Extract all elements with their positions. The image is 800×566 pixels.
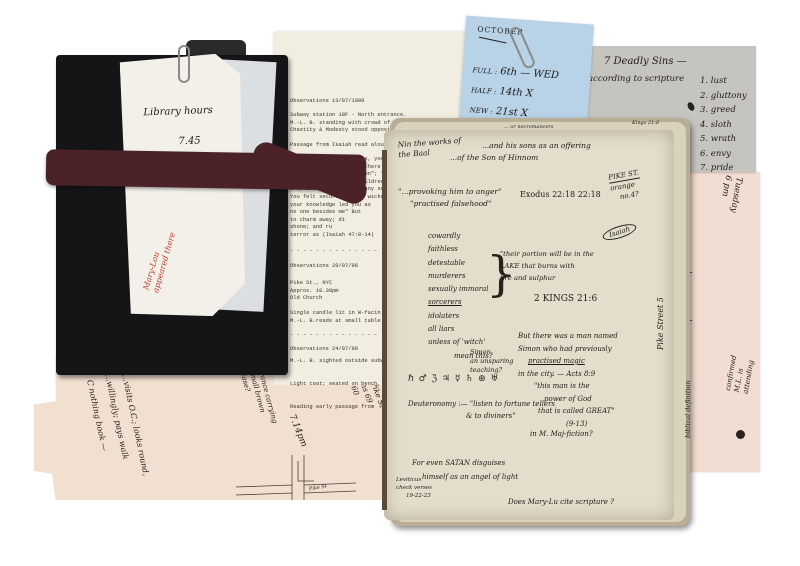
ink-blot bbox=[736, 430, 745, 439]
library-line: Library hours bbox=[143, 96, 214, 128]
exodus-ref: Exodus 22:18 22:18 bbox=[520, 190, 601, 199]
entry-line: Pike St., NYC bbox=[290, 280, 332, 288]
isaiah-tag: Isaiah bbox=[601, 221, 638, 243]
note-line: an unsparing bbox=[470, 357, 513, 366]
entry-line: Approx. 10.30pm bbox=[290, 288, 339, 296]
sin-word: sexually immoral bbox=[428, 283, 493, 296]
note-line: For even SATAN disguises bbox=[412, 456, 518, 470]
entry-line: Reading early passage from bbox=[290, 404, 387, 412]
biblical-definition-note: biblical definition bbox=[684, 380, 692, 438]
note-line: fire and sulphur bbox=[500, 272, 594, 284]
sins-subtitle: according to scripture bbox=[588, 74, 684, 84]
typed-sheet-bottom: M.-L. B. sighted outside subwa Light coa… bbox=[274, 355, 394, 385]
note-line: in M. Maj-fiction? bbox=[530, 430, 593, 438]
entry-line: Old Church bbox=[290, 295, 322, 303]
paperclip-icon bbox=[178, 45, 190, 83]
sin-word: sorcerers bbox=[428, 296, 493, 309]
sin-item: 4. sloth bbox=[700, 118, 747, 133]
note-line: practised magic bbox=[518, 355, 618, 368]
note-line: LAKE that burns with bbox=[500, 260, 594, 272]
page-header: ... or necromancers bbox=[504, 124, 553, 130]
note-line: But there was a man named bbox=[518, 330, 618, 343]
sin-word: cowardly bbox=[428, 230, 493, 243]
entry-title: Observations 13/07/1998 bbox=[290, 98, 364, 106]
sin-item: 3. greed bbox=[700, 103, 747, 118]
entry-line: Subway station 18F - North entrance. bbox=[290, 112, 406, 120]
quote-line: terror as (Isaiah 47:8-14) bbox=[290, 232, 374, 240]
quote-line: no one besides me" But bbox=[290, 209, 361, 217]
sins-title: 7 Deadly Sins — bbox=[604, 56, 687, 67]
entry-line: Light coat; seated on bench, bbox=[290, 381, 387, 389]
note-line: in the city. — Acts 8:9 bbox=[518, 368, 618, 381]
pink-note-right: Tuesday 6 pm confirmed M.L. is attending bbox=[680, 172, 760, 472]
sin-item: 5. wrath bbox=[700, 132, 747, 147]
notebook-binding bbox=[382, 150, 387, 510]
divider: - - - - - - - - - - - - - - bbox=[290, 248, 377, 256]
quote-line: shone; and ru bbox=[290, 224, 332, 232]
sin-item: 2. gluttony bbox=[700, 89, 747, 104]
note-line: & to diviners" bbox=[408, 410, 555, 422]
sin-word: idolaters bbox=[428, 310, 493, 323]
entry-line: M.-L. B.reads at small table bbox=[290, 318, 381, 326]
note-line: "this man is the bbox=[518, 380, 618, 393]
note-line: Leviticus bbox=[396, 476, 432, 484]
note-line: "their portion will be in the bbox=[500, 248, 594, 260]
sin-word: all liars bbox=[428, 323, 493, 336]
sin-word: detestable bbox=[428, 257, 493, 270]
occult-symbols: ℏ ♂ ℨ ♃ ☿ ♄ ⊕ ♅ bbox=[408, 374, 500, 384]
note-line: Simon bbox=[470, 348, 513, 357]
sin-word: faithless bbox=[428, 243, 493, 256]
entry-title: Observations 20/07/98 bbox=[290, 263, 358, 271]
sin-item: 7. pride bbox=[700, 161, 747, 176]
entry-line: M.-L. B. sighted outside subwa bbox=[290, 358, 387, 366]
note-line: Deuteronomy :— "listen to fortune teller… bbox=[408, 398, 555, 410]
sin-item: 1. lust bbox=[700, 74, 747, 89]
note-line: 19-22-23 bbox=[396, 492, 432, 500]
street-map-sketch-icon bbox=[234, 455, 364, 500]
note-line: check verses bbox=[396, 484, 432, 492]
quote-line: to charm away; di bbox=[290, 217, 345, 225]
ink-blot bbox=[686, 101, 696, 112]
final-question: Does Mary-Lu cite scripture ? bbox=[508, 498, 614, 506]
note-line: "practised falsehood" bbox=[398, 198, 501, 210]
title-underline bbox=[479, 37, 507, 44]
old-notebook-page: ... or necromancers Kings 21:6 Nin the w… bbox=[384, 130, 674, 520]
sin-item: 6. envy bbox=[700, 147, 747, 162]
note-line: "...provoking him to anger" bbox=[398, 186, 501, 198]
note-line: ...of the Son of Hinnom bbox=[450, 152, 591, 164]
entry-line: Single candle lit in W-facin bbox=[290, 310, 381, 318]
vertical-note: Pike Street 5 bbox=[656, 297, 665, 350]
note-line: Simon who had previously bbox=[518, 343, 618, 356]
red-note: Mary-Lou appeared there bbox=[142, 221, 181, 294]
sin-word: murderers bbox=[428, 270, 493, 283]
divider: - - - - - - - - - - - - - - bbox=[290, 332, 377, 340]
kings-ref: 2 KINGS 21:6 bbox=[534, 294, 597, 304]
page-header-tag: Kings 21:6 bbox=[632, 120, 659, 126]
note-line: ...and his sons as an offering bbox=[450, 140, 591, 152]
